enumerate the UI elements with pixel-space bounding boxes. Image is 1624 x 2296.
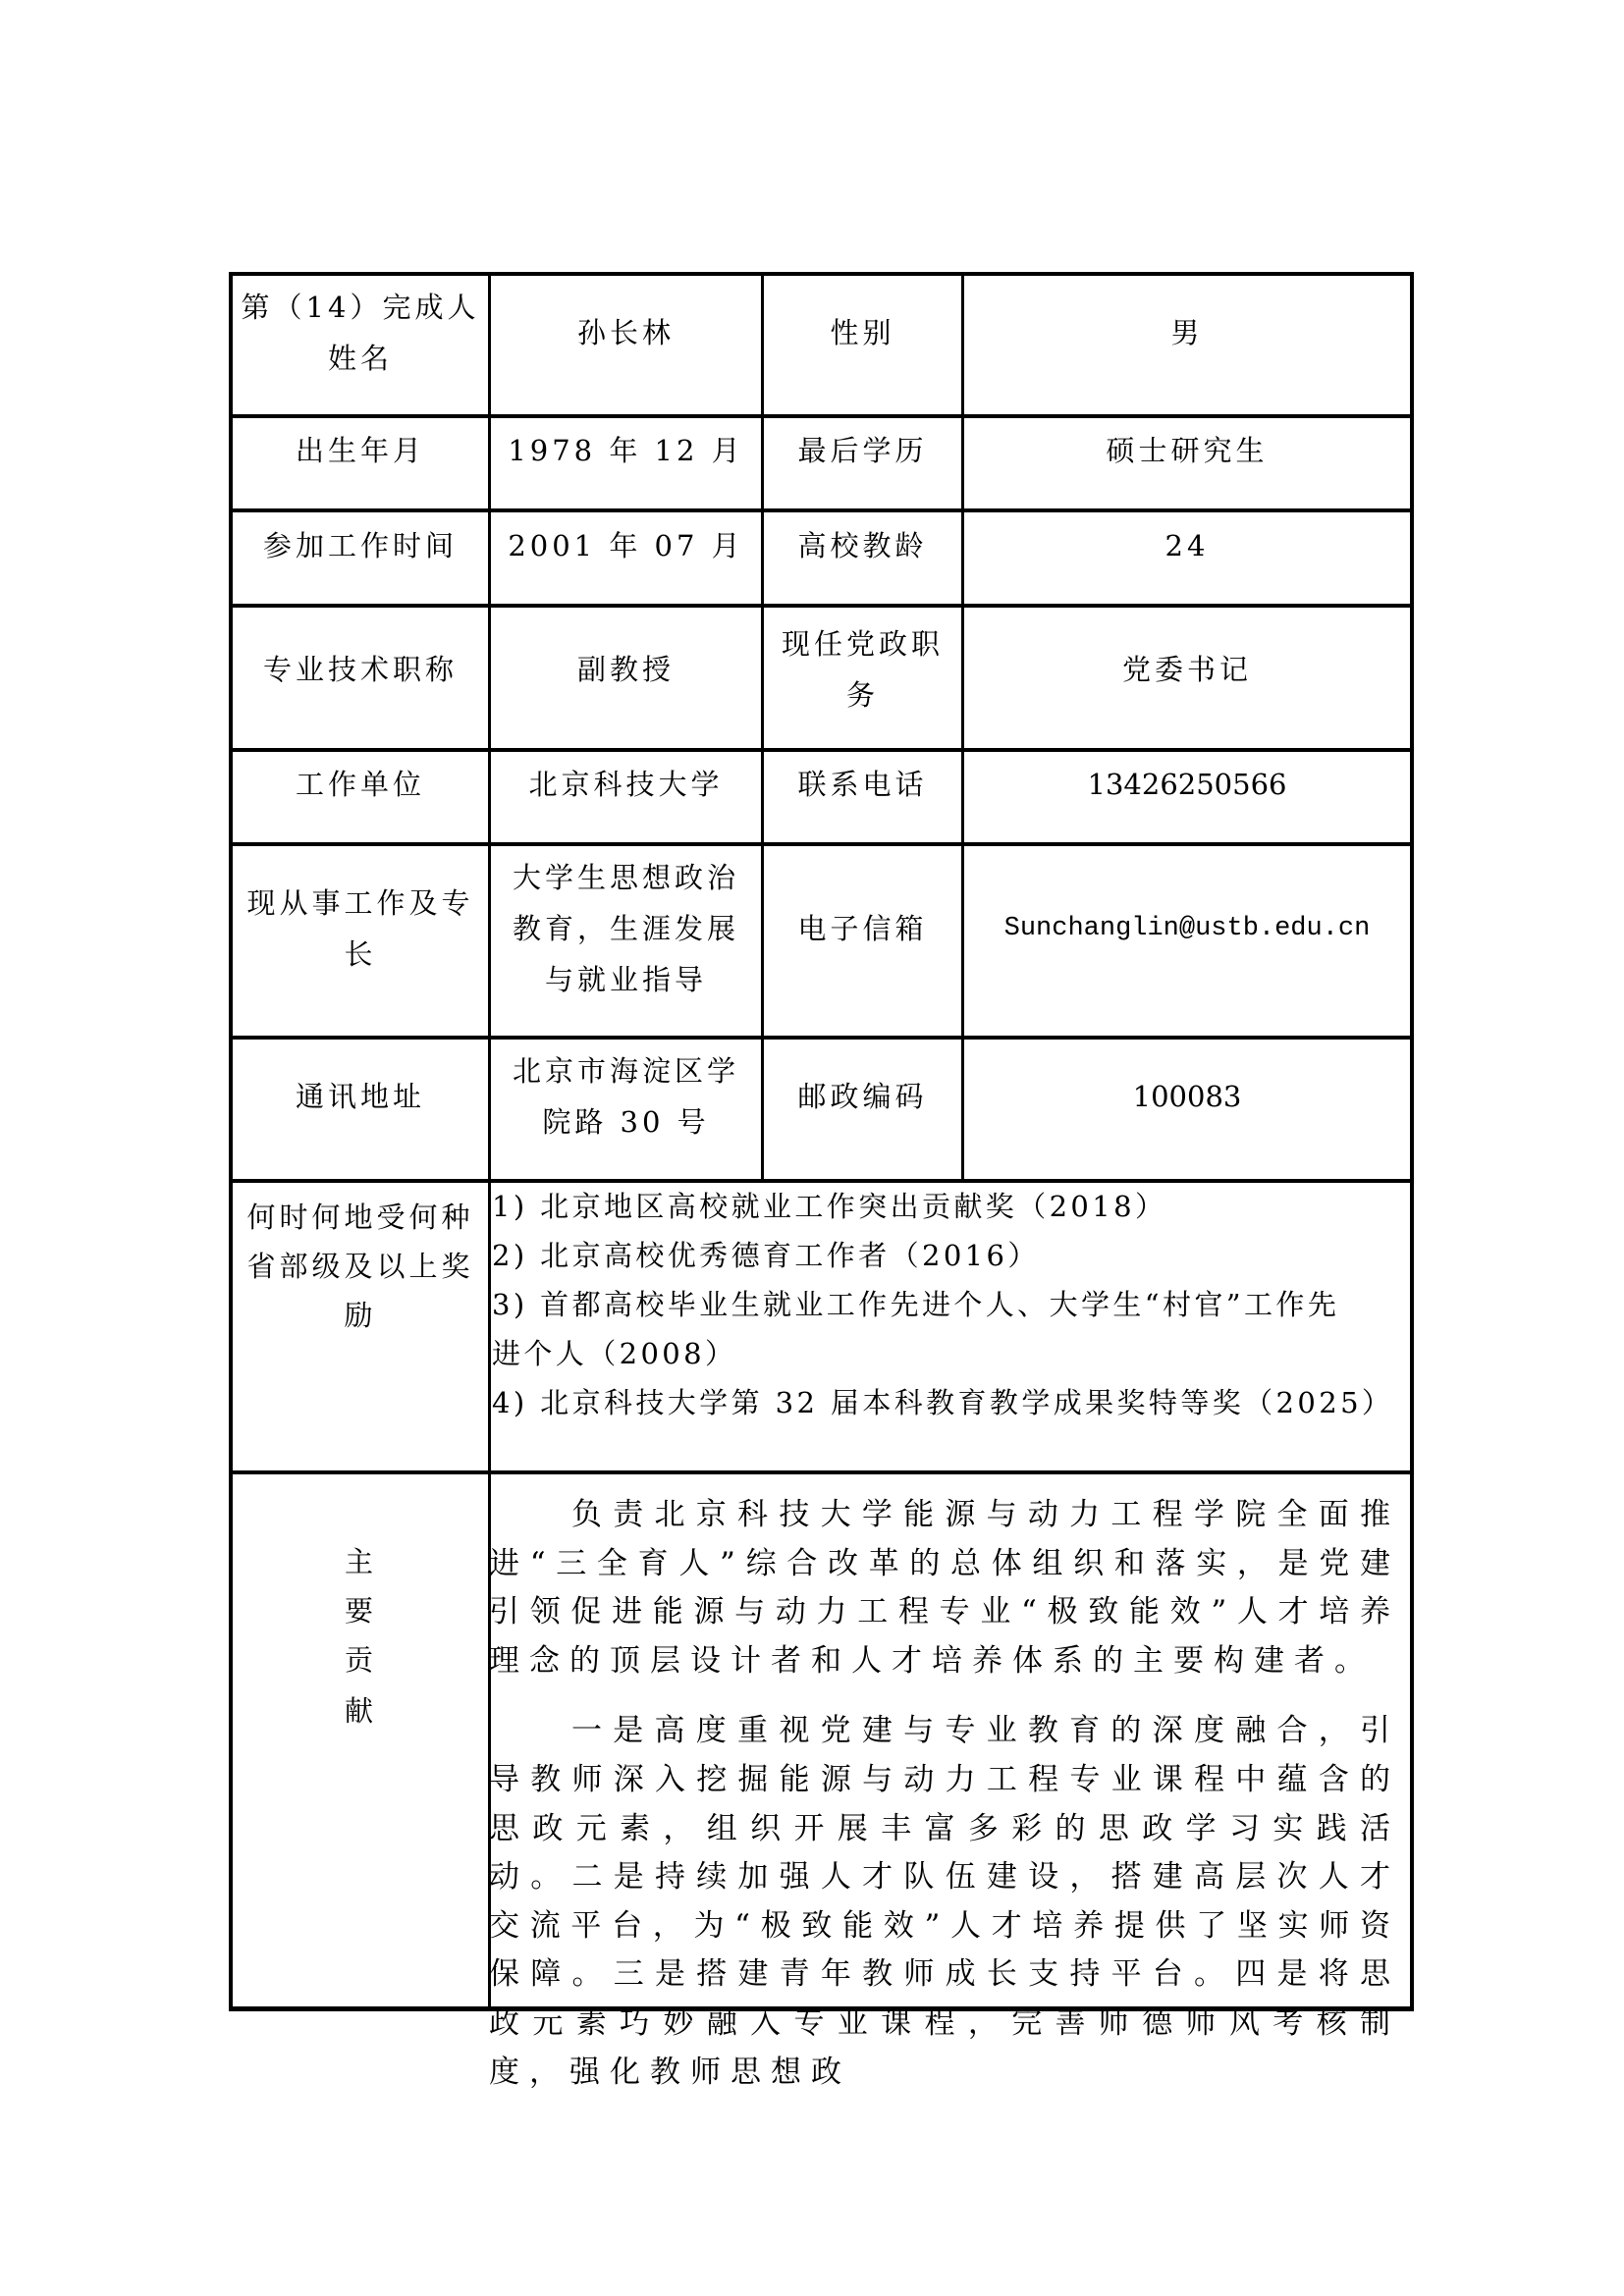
employer-value-cell: 北京科技大学 [491,752,761,842]
address-value-cell: 北京市海淀区学 院路 30 号 [491,1040,761,1179]
employer-label: 工作单位 [296,759,425,810]
postcode-value: 100083 [1133,1071,1242,1122]
position-value-cell: 党委书记 [964,608,1410,748]
table-border-right [1410,272,1414,2011]
address-label: 通讯地址 [296,1071,425,1122]
email-label-cell: 电子信箱 [764,846,961,1036]
contributions-text: 负责北京科技大学能源与动力工程学院全面推进“三全育人”综合改革的总体组织和落实，… [489,1491,1400,2118]
name-value-cell: 孙长林 [491,276,761,414]
personal-info-table: 第（14）完成人 姓名 孙长林 性别 男 出生年月 1978 年 12 月 最后… [229,272,1412,2009]
contribution-paragraph: 负责北京科技大学能源与动力工程学院全面推进“三全育人”综合改革的总体组织和落实，… [489,1491,1400,1685]
contributions-label-char: 献 [229,1691,489,1731]
teaching-years-value-cell: 24 [964,512,1410,604]
gender-value-cell: 男 [964,276,1410,414]
position-label: 现任党政职 务 [782,618,944,721]
education-value-cell: 硕士研究生 [964,418,1410,508]
award-item: 4) 北京科技大学第 32 届本科教育教学成果奖特等奖（2025） [492,1378,1410,1427]
award-item: 1) 北京地区高校就业工作突出贡献奖（2018） [492,1182,1410,1231]
phone-value-cell: 13426250566 [964,752,1410,842]
work-start-value: 2001 年 07 月 [508,520,743,571]
awards-label: 何时何地受何种 省部级及以上奖 励 [246,1193,473,1340]
postcode-value-cell: 100083 [964,1040,1410,1179]
specialty-value-cell: 大学生思想政治 教育，生涯发展 与就业指导 [491,846,761,1036]
contributions-label: 主 要 贡 献 [229,1471,489,2009]
specialty-value: 大学生思想政治 教育，生涯发展 与就业指导 [513,852,739,1005]
document-page: 第（14）完成人 姓名 孙长林 性别 男 出生年月 1978 年 12 月 最后… [0,0,1624,2296]
title-value-cell: 副教授 [491,608,761,748]
birth-value-cell: 1978 年 12 月 [491,418,761,508]
education-value: 硕士研究生 [1106,425,1268,476]
award-item: 3) 首都高校毕业生就业工作先进个人、大学生“村官”工作先 [492,1280,1410,1329]
email-value: Sunchanglin@ustb.edu.cn [1004,903,1371,954]
title-value: 副教授 [577,644,675,695]
birth-value: 1978 年 12 月 [508,425,743,476]
address-label-cell: 通讯地址 [233,1040,488,1179]
email-value-cell: Sunchanglin@ustb.edu.cn [964,846,1410,1036]
position-value: 党委书记 [1122,644,1252,695]
teaching-years-value: 24 [1165,520,1210,571]
name-label-cell: 第（14）完成人 姓名 [233,276,488,414]
work-start-value-cell: 2001 年 07 月 [491,512,761,604]
phone-label-cell: 联系电话 [764,752,961,842]
contribution-paragraph: 一是高度重视党建与专业教育的深度融合，引导教师深入挖掘能源与动力工程专业课程中蕴… [489,1707,1400,2097]
email-label: 电子信箱 [797,903,927,954]
title-label: 专业技术职称 [263,644,458,695]
name-label: 第（14）完成人 姓名 [242,282,480,384]
phone-label: 联系电话 [797,759,927,810]
contributions-label-char: 贡 [229,1640,489,1680]
birth-label-cell: 出生年月 [233,418,488,508]
teaching-years-label: 高校教龄 [797,520,927,571]
gender-label-cell: 性别 [764,276,961,414]
work-start-label: 参加工作时间 [263,520,458,571]
gender-label: 性别 [830,307,894,358]
gender-value: 男 [1170,307,1203,358]
work-start-label-cell: 参加工作时间 [233,512,488,604]
position-label-cell: 现任党政职 务 [764,608,961,748]
award-item: 进个人（2008） [492,1329,1410,1378]
employer-value: 北京科技大学 [528,759,723,810]
address-value: 北京市海淀区学 院路 30 号 [513,1045,739,1148]
postcode-label: 邮政编码 [797,1071,927,1122]
education-label: 最后学历 [797,425,927,476]
phone-value: 13426250566 [1088,759,1287,810]
title-label-cell: 专业技术职称 [233,608,488,748]
contributions-label-char: 主 [229,1542,489,1581]
education-label-cell: 最后学历 [764,418,961,508]
award-item: 2) 北京高校优秀德育工作者（2016） [492,1231,1410,1280]
name-value: 孙长林 [577,307,675,358]
teaching-years-label-cell: 高校教龄 [764,512,961,604]
awards-label-cell: 何时何地受何种 省部级及以上奖 励 [233,1183,488,1470]
specialty-label-cell: 现从事工作及专 长 [233,846,488,1036]
employer-label-cell: 工作单位 [233,752,488,842]
specialty-label: 现从事工作及专 长 [246,878,473,980]
awards-list: 1) 北京地区高校就业工作突出贡献奖（2018） 2) 北京高校优秀德育工作者（… [492,1182,1410,1427]
contributions-label-char: 要 [229,1591,489,1630]
postcode-label-cell: 邮政编码 [764,1040,961,1179]
birth-label: 出生年月 [296,425,425,476]
